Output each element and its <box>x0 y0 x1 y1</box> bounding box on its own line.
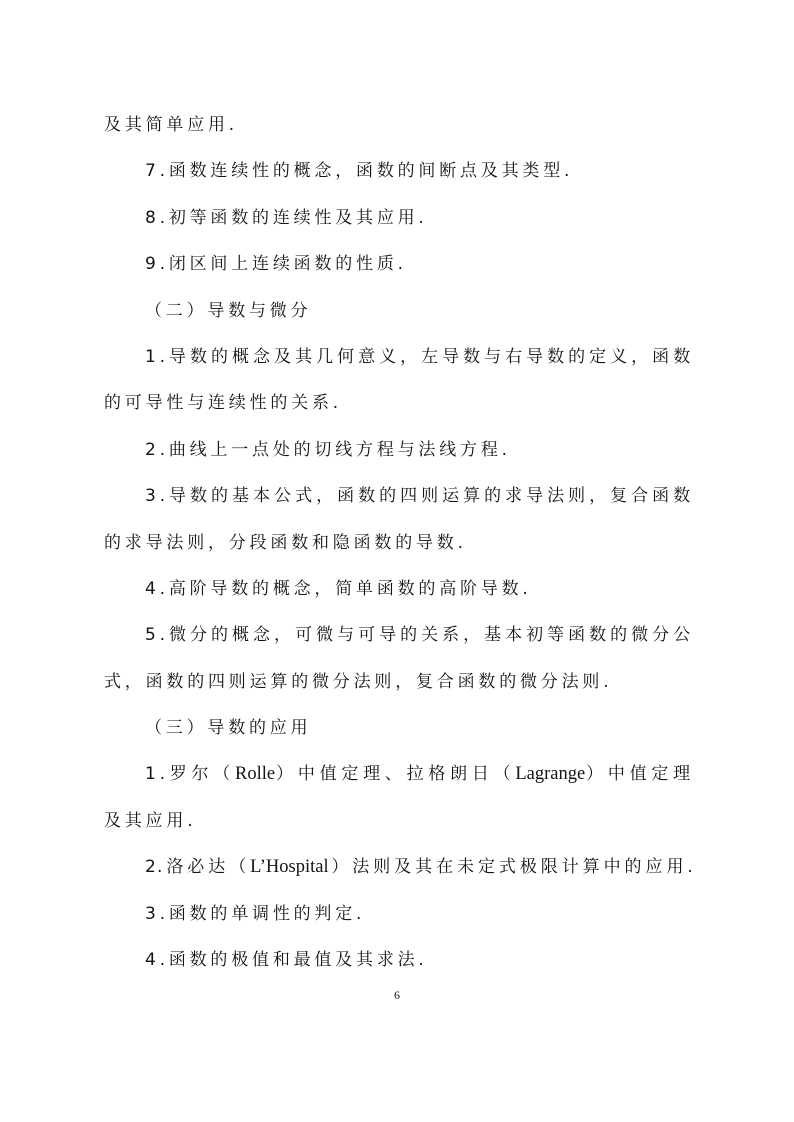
continuation-line: 及其简单应用. <box>104 102 694 148</box>
list-item-line: 5.微分的概念，可微与可导的关系，基本初等函数的微分公 <box>104 612 694 658</box>
latin-term-lagrange: Lagrange <box>515 764 585 784</box>
list-item-line: 1.导数的概念及其几何意义，左导数与右导数的定义，函数 <box>104 334 694 380</box>
page-number: 6 <box>0 988 794 1003</box>
list-item-line: 的可导性与连续性的关系. <box>104 380 694 426</box>
list-item: 5.微分的概念，可微与可导的关系，基本初等函数的微分公 式，函数的四则运算的微分… <box>104 612 694 705</box>
list-item: 2.曲线上一点处的切线方程与法线方程. <box>104 427 694 473</box>
list-item: 4.高阶导数的概念，简单函数的高阶导数. <box>104 566 694 612</box>
list-item: 9.闭区间上连续函数的性质. <box>104 241 694 287</box>
text-segment: 1.罗尔（ <box>145 764 235 784</box>
section-heading: （三）导数的应用 <box>104 705 694 751</box>
document-page: 及其简单应用. 7.函数连续性的概念，函数的间断点及其类型. 8.初等函数的连续… <box>0 0 794 1122</box>
list-item-line: 3.导数的基本公式，函数的四则运算的求导法则，复合函数 <box>104 473 694 519</box>
latin-term-lhospital: L’Hospital <box>250 857 328 877</box>
list-item: 3.函数的单调性的判定. <box>104 891 694 937</box>
latin-term-rolle: Rolle <box>235 764 275 784</box>
page-body: 及其简单应用. 7.函数连续性的概念，函数的间断点及其类型. 8.初等函数的连续… <box>104 102 694 983</box>
list-item-line: 及其应用. <box>104 798 694 844</box>
list-item-line: 式，函数的四则运算的微分法则，复合函数的微分法则. <box>104 659 694 705</box>
list-item: 4.函数的极值和最值及其求法. <box>104 937 694 983</box>
list-item: 2.洛必达（L’Hospital）法则及其在未定式极限计算中的应用. <box>104 844 694 890</box>
list-item: 8.初等函数的连续性及其应用. <box>104 195 694 241</box>
text-segment: ）中值定理、拉格朗日（ <box>275 764 515 784</box>
list-item-line: 1.罗尔（Rolle）中值定理、拉格朗日（Lagrange）中值定理 <box>104 751 694 797</box>
text-segment: 2.洛必达（ <box>145 857 250 877</box>
text-segment: ）法则及其在未定式极限计算中的应用. <box>329 857 694 877</box>
text-segment: ）中值定理 <box>585 764 694 784</box>
list-item: 7.函数连续性的概念，函数的间断点及其类型. <box>104 148 694 194</box>
list-item: 1.导数的概念及其几何意义，左导数与右导数的定义，函数 的可导性与连续性的关系. <box>104 334 694 427</box>
list-item: 3.导数的基本公式，函数的四则运算的求导法则，复合函数 的求导法则，分段函数和隐… <box>104 473 694 566</box>
list-item: 1.罗尔（Rolle）中值定理、拉格朗日（Lagrange）中值定理 及其应用. <box>104 751 694 844</box>
list-item-line: 的求导法则，分段函数和隐函数的导数. <box>104 520 694 566</box>
section-heading: （二）导数与微分 <box>104 288 694 334</box>
